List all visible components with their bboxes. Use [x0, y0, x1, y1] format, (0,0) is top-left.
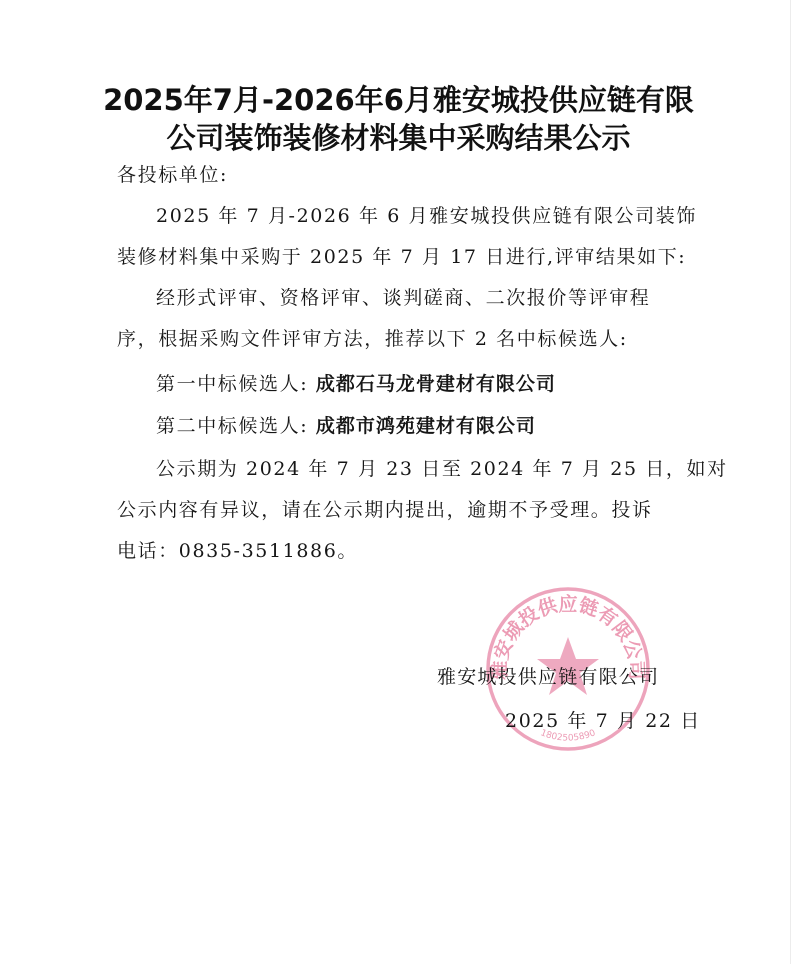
candidate-2-name: 成都市鸿苑建材有限公司 [316, 415, 536, 437]
candidate-1: 第一中标候选人: 成都石马龙骨建材有限公司 [156, 369, 556, 396]
candidate-1-name: 成都石马龙骨建材有限公司 [316, 373, 556, 395]
paragraph-1-line-1: 2025 年 7 月-2026 年 6 月雅安城投供应链有限公司装饰 [156, 201, 697, 228]
paragraph-1-line-2: 装修材料集中采购于 2025 年 7 月 17 日进行,评审结果如下: [117, 242, 686, 269]
paragraph-3-line-3: 电话：0835-3511886。 [117, 536, 358, 563]
document-title-line-2: 公司装饰装修材料集中采购结果公示 [0, 116, 797, 157]
candidate-2-label: 第二中标候选人: [156, 415, 316, 437]
candidate-1-label: 第一中标候选人: [156, 373, 316, 395]
document-page: 2025年7月-2026年6月雅安城投供应链有限 公司装饰装修材料集中采购结果公… [0, 0, 797, 964]
salutation: 各投标单位: [117, 160, 228, 187]
candidate-2: 第二中标候选人: 成都市鸿苑建材有限公司 [156, 411, 536, 438]
signature-date: 2025 年 7 月 22 日 [505, 706, 701, 733]
signature-company: 雅安城投供应链有限公司 [437, 662, 659, 689]
paragraph-2-line-1: 经形式评审、资格评审、谈判磋商、二次报价等评审程 [156, 283, 650, 310]
paragraph-2-line-2: 序，根据采购文件评审方法，推荐以下 2 名中标候选人: [117, 324, 628, 351]
paragraph-3-line-2: 公示内容有异议，请在公示期内提出，逾期不予受理。投诉 [117, 495, 653, 522]
document-title-line-1: 2025年7月-2026年6月雅安城投供应链有限 [0, 78, 797, 119]
paragraph-3-line-1: 公示期为 2024 年 7 月 23 日至 2024 年 7 月 25 日，如对 [156, 454, 728, 481]
